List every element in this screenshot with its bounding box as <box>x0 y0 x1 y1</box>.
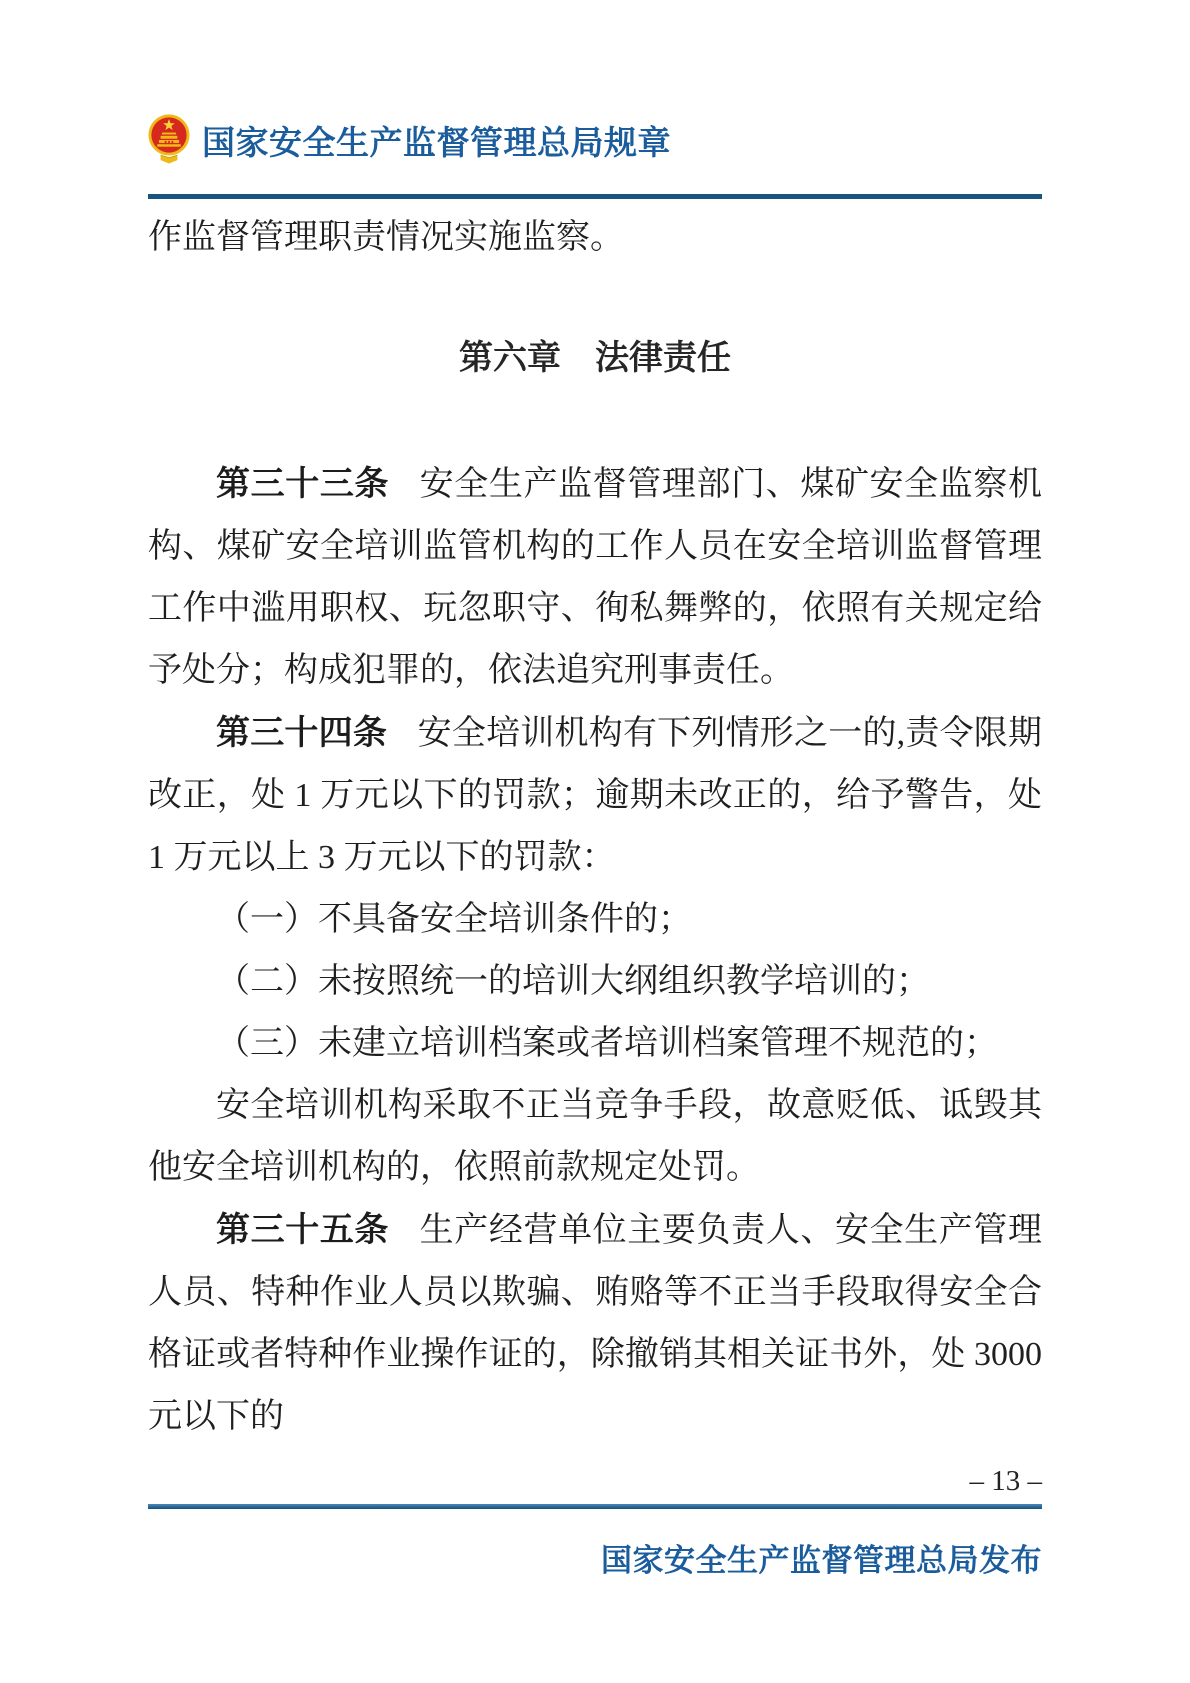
article-34-second-clause: 安全培训机构采取不正当竞争手段，故意贬低、诋毁其他安全培训机构的，依照前款规定处… <box>148 1075 1042 1199</box>
article-34-number: 第三十四条 <box>216 714 418 752</box>
list-item-2: （二）未按照统一的培训大纲组织教学培训的； <box>148 951 1042 1013</box>
header-rule <box>148 194 1042 199</box>
list-item-1: （一）不具备安全培训条件的； <box>148 889 1042 951</box>
article-34-paragraph: 第三十四条安全培训机构有下列情形之一的,责令限期改正，处 1 万元以下的罚款；逾… <box>148 702 1042 889</box>
page-header: 国家安全生产监督管理总局规章 <box>148 112 1042 168</box>
footer-rule <box>148 1504 1042 1509</box>
article-33-number: 第三十三条 <box>216 465 420 503</box>
document-body: 作监督管理职责情况实施监察。 第六章 法律责任 第三十三条安全生产监督管理部门、… <box>148 207 1042 1448</box>
publisher-line: 国家安全生产监督管理总局发布 <box>148 1535 1042 1580</box>
article-33-paragraph: 第三十三条安全生产监督管理部门、煤矿安全监察机构、煤矿安全培训监管机构的工作人员… <box>148 453 1042 702</box>
article-35-paragraph: 第三十五条生产经营单位主要负责人、安全生产管理人员、特种作业人员以欺骗、贿赂等不… <box>148 1199 1042 1448</box>
list-item-3: （三）未建立培训档案或者培训档案管理不规范的； <box>148 1013 1042 1075</box>
chapter-heading: 第六章 法律责任 <box>148 327 1042 389</box>
china-national-emblem-icon <box>148 114 190 166</box>
continuation-line: 作监督管理职责情况实施监察。 <box>148 207 1042 269</box>
header-title: 国家安全生产监督管理总局规章 <box>202 117 671 164</box>
article-35-number: 第三十五条 <box>216 1211 420 1249</box>
page-number: – 13 – <box>148 1458 1042 1504</box>
document-page: 国家安全生产监督管理总局规章 作监督管理职责情况实施监察。 第六章 法律责任 第… <box>0 0 1190 1683</box>
